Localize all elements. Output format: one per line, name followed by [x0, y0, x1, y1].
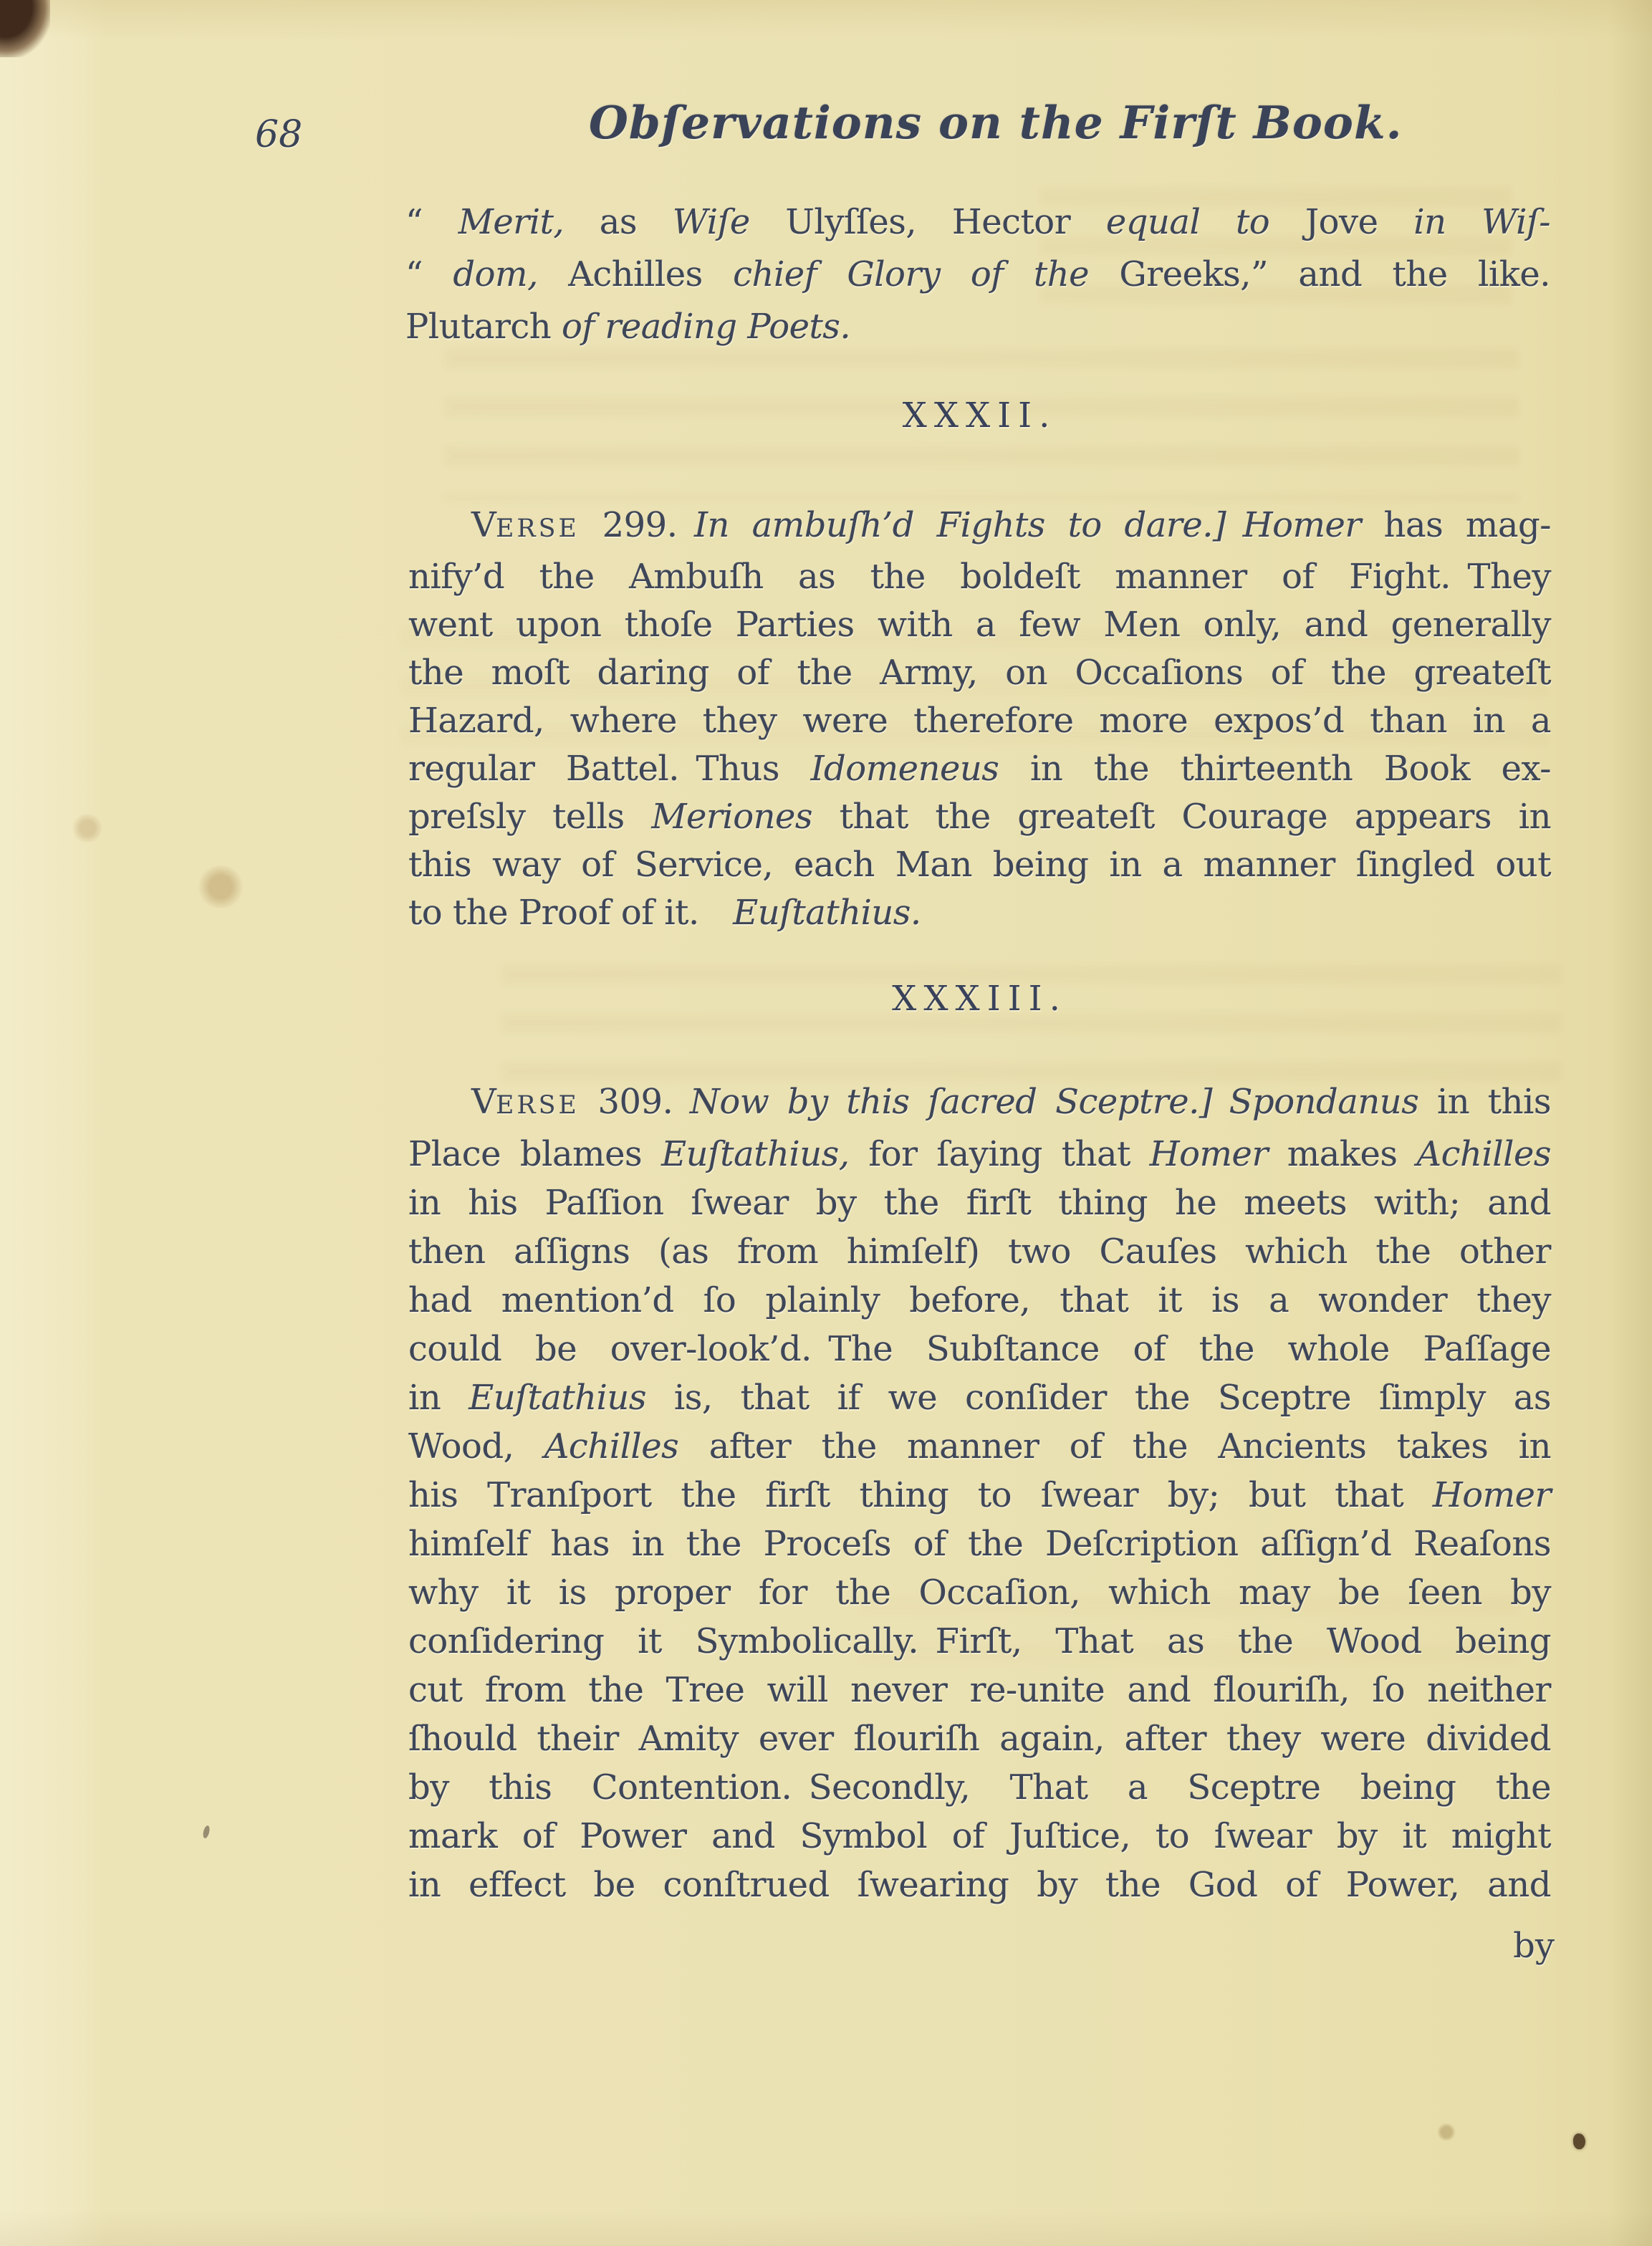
text-segment: Homer — [1433, 1475, 1551, 1515]
text-segment: Euſtathius, — [661, 1134, 849, 1174]
text-segment: Now by this ſacred Sceptre.] — [690, 1082, 1212, 1122]
text-line: cut from the Tree will never re-unite an… — [408, 1666, 1551, 1714]
text-segment: for ſaying that — [850, 1134, 1150, 1174]
text-segment: conſidering it Symbolically. Firſt, That… — [408, 1621, 1551, 1661]
text-segment: chief Glory of the — [733, 254, 1089, 294]
page-number: 68 — [255, 113, 302, 156]
quotation-block: “ Merit, as Wiſe Ulyſſes, Hector equal t… — [405, 196, 1550, 353]
text-segment: Achilles — [1416, 1134, 1551, 1174]
text-segment: his Tranſport the firſt thing to ſwear b… — [408, 1475, 1433, 1515]
text-segment: Idomeneus — [811, 749, 999, 789]
text-segment: preſsly tells — [408, 797, 651, 837]
text-line: himſelf has in the Proceſs of the Deſcri… — [408, 1520, 1551, 1568]
text-segment: in — [408, 1378, 469, 1418]
text-segment: is, that if we conſider the Sceptre ſimp… — [646, 1378, 1551, 1418]
page-edge-shadow — [1609, 0, 1652, 2246]
foxing-spot — [1437, 2123, 1456, 2141]
text-segment: in effect be conſtrued ſwearing by the G… — [408, 1865, 1551, 1905]
text-segment: regular Battel. Thus — [408, 749, 811, 789]
text-segment: has mag- — [1361, 505, 1551, 545]
text-line: in Euſtathius is, that if we conſider th… — [408, 1373, 1551, 1422]
text-segment: by this Contention. Secondly, That a Sce… — [408, 1767, 1551, 1808]
text-segment: cut from the Tree will never re-unite an… — [408, 1670, 1551, 1710]
page-edge-shadow — [0, 2210, 1652, 2246]
text-line: Wood, Achilles after the manner of the A… — [408, 1422, 1551, 1471]
text-segment — [1212, 1082, 1229, 1122]
running-title: Obſervations on the Firſt Book. — [589, 96, 1403, 149]
text-line: his Tranſport the firſt thing to ſwear b… — [408, 1471, 1551, 1520]
text-line: the moſt daring of the Army, on Occaſion… — [408, 649, 1551, 697]
text-segment: Euſtathius — [469, 1378, 646, 1418]
text-segment: after the manner of the Ancients takes i… — [678, 1426, 1551, 1467]
text-line: VERSE 309. Now by this ſacred Sceptre.] … — [408, 1078, 1551, 1130]
text-line: VERSE 299. In ambuſh’d Fights to dare.] … — [408, 501, 1551, 553]
text-segment: the moſt daring of the Army, on Occaſion… — [408, 653, 1551, 693]
paragraph-verse-299: VERSE 299. In ambuſh’d Fights to dare.] … — [408, 501, 1551, 937]
text-line: in effect be conſtrued ſwearing by the G… — [408, 1861, 1551, 1909]
text-segment: Homer — [1243, 505, 1361, 545]
text-segment: why it is proper for the Occaſion, which… — [408, 1573, 1551, 1613]
text-segment: In ambuſh’d Fights to dare.] — [694, 505, 1226, 545]
text-segment: Meriones — [651, 797, 812, 837]
text-line: “ dom, Achilles chief Glory of the Greek… — [405, 249, 1550, 301]
text-line: regular Battel. Thus Idomeneus in the th… — [408, 745, 1551, 793]
text-segment: Hazard, where they were therefore more e… — [408, 701, 1551, 741]
text-segment: then aſſigns (as from himſelf) two Cauſe… — [408, 1232, 1551, 1272]
text-segment: could be over-look’d. The Subſtance of t… — [408, 1329, 1551, 1369]
text-segment: ERSE — [496, 1091, 580, 1120]
text-segment: Achilles — [538, 254, 733, 294]
text-segment: Wiſe — [673, 202, 750, 242]
text-segment: Euſtathius. — [733, 893, 921, 933]
text-segment: in his Paſſion ſwear by the firſt thing … — [408, 1183, 1551, 1223]
text-line: could be over-look’d. The Subſtance of t… — [408, 1325, 1551, 1373]
text-segment: had mention’d ſo plainly before, that it… — [408, 1280, 1551, 1320]
text-line: in his Paſſion ſwear by the firſt thing … — [408, 1179, 1551, 1227]
text-segment: ſhould their Amity ever flouriſh again, … — [408, 1719, 1551, 1759]
text-line: mark of Power and Symbol of Juſtice, to … — [408, 1812, 1551, 1861]
text-segment: V — [471, 505, 496, 545]
text-segment: Place blames — [408, 1134, 661, 1174]
text-segment: 309. — [580, 1082, 690, 1122]
foxing-spot — [72, 814, 103, 843]
text-segment: mark of Power and Symbol of Juſtice, to … — [408, 1816, 1551, 1856]
text-segment: as — [564, 202, 673, 242]
text-line: Hazard, where they were therefore more e… — [408, 697, 1551, 745]
section-heading-xxxiii: XXXIII. — [408, 979, 1551, 1019]
text-segment: went upon thoſe Parties with a few Men o… — [408, 605, 1551, 645]
ink-speck — [1573, 2134, 1585, 2149]
text-line: Plutarch of reading Poets. — [405, 301, 1550, 353]
corner-stain — [0, 0, 50, 57]
text-segment: 299. — [580, 505, 694, 545]
catchword: by — [1461, 1926, 1555, 1966]
section-heading-xxxii: XXXII. — [408, 395, 1551, 436]
margin-blot — [202, 1825, 211, 1838]
text-line: went upon thoſe Parties with a few Men o… — [408, 601, 1551, 649]
text-segment: Plutarch — [405, 307, 562, 347]
text-line: conſidering it Symbolically. Firſt, That… — [408, 1617, 1551, 1666]
text-line: had mention’d ſo plainly before, that it… — [408, 1276, 1551, 1325]
text-segment: Jove — [1269, 202, 1413, 242]
text-segment: to the Proof of it. — [408, 893, 733, 933]
text-segment: Merit, — [458, 202, 564, 242]
text-segment: “ — [405, 202, 458, 242]
text-segment: that the greateſt Courage appears in — [812, 797, 1551, 837]
text-segment: Achilles — [544, 1426, 679, 1467]
text-line: by this Contention. Secondly, That a Sce… — [408, 1763, 1551, 1812]
text-segment: himſelf has in the Proceſs of the Deſcri… — [408, 1524, 1551, 1564]
text-segment: in this — [1418, 1082, 1551, 1122]
text-line: then aſſigns (as from himſelf) two Cauſe… — [408, 1227, 1551, 1276]
text-segment: dom, — [453, 254, 537, 294]
text-line: preſsly tells Meriones that the greateſt… — [408, 793, 1551, 841]
text-line: “ Merit, as Wiſe Ulyſſes, Hector equal t… — [405, 196, 1550, 249]
text-segment: Greeks,” and the like. — [1089, 254, 1550, 294]
text-line: ſhould their Amity ever flouriſh again, … — [408, 1714, 1551, 1763]
text-segment: ERSE — [496, 514, 580, 543]
text-segment: nify’d the Ambuſh as the boldeſt manner … — [408, 557, 1551, 597]
book-page: 68 Obſervations on the Firſt Book. “ Mer… — [0, 0, 1652, 2246]
text-line: nify’d the Ambuſh as the boldeſt manner … — [408, 553, 1551, 601]
text-segment: Wood, — [408, 1426, 544, 1467]
text-segment: of reading Poets. — [562, 307, 850, 347]
paragraph-verse-309: VERSE 309. Now by this ſacred Sceptre.] … — [408, 1078, 1551, 1909]
text-segment: Ulyſſes, Hector — [750, 202, 1106, 242]
text-segment: equal to — [1106, 202, 1269, 242]
text-line: Place blames Euſtathius, for ſaying that… — [408, 1130, 1551, 1179]
foxing-spot — [198, 865, 244, 908]
text-segment: V — [471, 1082, 496, 1122]
text-line: this way of Service, each Man being in a… — [408, 841, 1551, 889]
text-line: why it is proper for the Occaſion, which… — [408, 1568, 1551, 1617]
text-segment: this way of Service, each Man being in a… — [408, 845, 1551, 885]
text-segment: in the thirteenth Book ex- — [999, 749, 1551, 789]
text-line: to the Proof of it. Euſtathius. — [408, 889, 1551, 937]
text-segment: “ — [405, 254, 453, 294]
text-segment — [1226, 505, 1243, 545]
text-segment: in Wiſ- — [1413, 202, 1550, 242]
text-segment: makes — [1268, 1134, 1417, 1174]
text-segment: Spondanus — [1229, 1082, 1419, 1122]
text-segment: Homer — [1150, 1134, 1268, 1174]
